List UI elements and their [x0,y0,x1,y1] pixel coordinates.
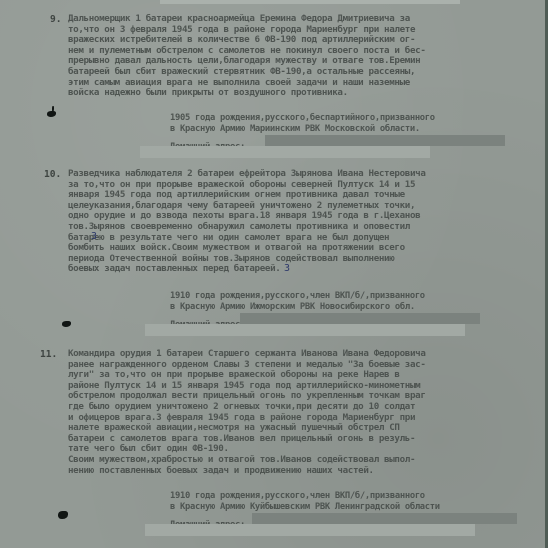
redaction-bar [265,135,505,146]
body-line: Своим мужеством,храбростью и отвагой тов… [68,455,496,466]
redaction-bar [252,513,517,524]
entry-number: 9. [50,14,62,25]
body-line: нению поставленных боевых задач и продви… [68,466,496,477]
home-address-row: Домашний адрес: [170,512,540,523]
body-line: Дальномерщик 1 батареи красноармейца Ере… [68,14,496,25]
body-line: тов.Зырянов своевременно обнаружил самол… [68,222,496,233]
entry-body: Командира орудия 1 батареи Старшего серж… [68,349,496,476]
handwritten-mark: 3 [284,263,290,274]
info-line: в Красную Армию Мариинским РВК Московско… [170,124,540,135]
entry-personal-info: 1905 года рождения,русского,беспартийног… [170,113,540,145]
entry-number: 10. [44,169,61,180]
info-line: 1910 года рождения,русского,член ВКП/б/,… [170,291,540,302]
home-address-row: Домашний адрес: [170,134,540,145]
handwritten-mark: 3 [91,231,97,242]
redaction-bar [240,313,480,324]
top-edge-band [160,0,460,4]
check-mark-icon: ˇ [330,0,337,10]
scanned-document-page: ˇ 9. Дальномерщик 1 батареи красноармейц… [0,0,548,548]
body-line: Командира орудия 1 батареи Старшего серж… [68,349,496,360]
info-line: 1905 года рождения,русского,беспартийног… [170,113,540,124]
info-line: в Красную Армию Ижморским РВК Новосибирс… [170,302,540,313]
redaction-bar [140,146,430,158]
ink-blot-mark [47,111,56,117]
entry-body: Разведчика наблюдателя 2 батареи ефрейто… [68,169,496,275]
body-line: где было орудием уничтожено 2 огневых то… [68,402,496,413]
home-address-row: Домашний адрес: [170,312,540,323]
info-line: 1910 года рождения,русского,член ВКП/б/,… [170,491,540,502]
body-line: Разведчика наблюдателя 2 батареи ефрейто… [68,169,496,180]
entry-body: Дальномерщик 1 батареи красноармейца Ере… [68,14,496,99]
entry-number: 11. [40,349,57,360]
ink-blot-mark [58,511,68,519]
entry-personal-info: 1910 года рождения,русского,член ВКП/б/,… [170,291,540,323]
entry-personal-info: 1910 года рождения,русского,член ВКП/б/,… [170,491,540,523]
redaction-bar [145,524,475,536]
info-line: в Красную Армию Куйбышевским РВК Ленингр… [170,502,540,513]
ink-blot-mark [62,321,71,327]
body-line: батареей был сбит вражеский стервятник Ф… [68,67,496,78]
redaction-bar [145,324,465,336]
body-line: войска надежно были прикрыты от воздушно… [68,88,496,99]
body-line: боевых задач поставленных перед батареей… [68,264,496,275]
